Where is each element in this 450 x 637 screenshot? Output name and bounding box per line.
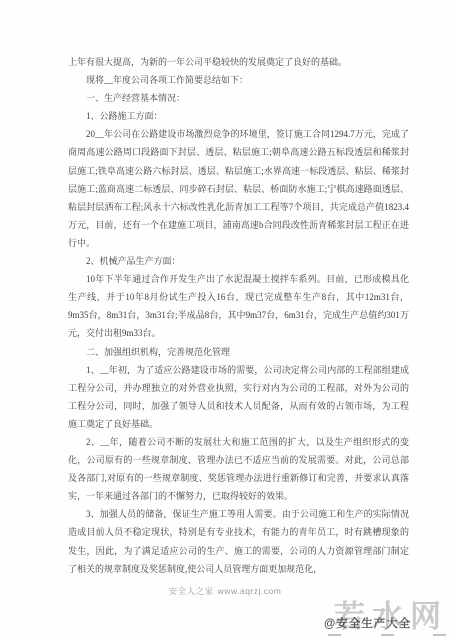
paragraph: 二、加强组织机构，完善规范化管理 [68, 343, 409, 361]
watermark: 若水网 @安全生产大全 [322, 591, 448, 635]
paragraph: 3、加强人员的储备，保证生产施工等用人需要。由于公司施工和生产的实际情况造成目前… [68, 505, 409, 577]
footer-site-name: 安全人之家 [169, 586, 214, 596]
paragraph: 上年有很大提高，为新的一年公司平稳较快的发展奠定了良好的基础。 [68, 53, 409, 71]
paragraph: 一、生产经营基本情况： [68, 89, 409, 107]
paragraph: 1、__年初，为了适应公路建设市场的需要，公司决定将公司内部的工程部组建成工程分… [68, 361, 409, 433]
paragraph: 20__年公司在公路建设市场激烈竞争的环境里，签订施工合同1294.7万元，完成… [68, 125, 409, 252]
paragraph: 现将__年度公司各项工作简要总结如下： [68, 71, 409, 89]
watermark-underline-dashes [328, 634, 446, 636]
footer-site-url: www.aqrzj.com [218, 586, 282, 596]
document-page: 上年有很大提高，为新的一年公司平稳较快的发展奠定了良好的基础。现将__年度公司各… [0, 0, 450, 637]
paragraph: 10年下半年通过合作开发生产出了水泥混凝土搅拌车系列。目前，已形成模具化生产线，… [68, 270, 409, 342]
paragraph: 2、__年，随着公司不断的发展壮大和施工范围的扩大，以及生产组织形式的变化，公司… [68, 433, 409, 505]
watermark-overlay-text: @安全生产大全 [324, 615, 411, 631]
paragraph: 2、机械产品生产方面： [68, 252, 409, 270]
document-body: 上年有很大提高，为新的一年公司平稳较快的发展奠定了良好的基础。现将__年度公司各… [68, 53, 409, 578]
paragraph: 1、公路施工方面： [68, 107, 409, 125]
